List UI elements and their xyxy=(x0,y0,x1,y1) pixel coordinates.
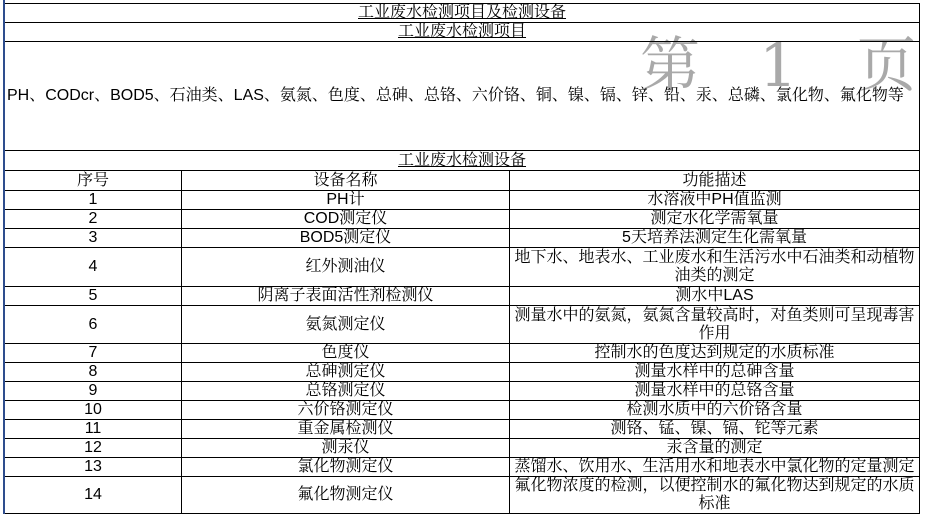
equipment-row: 5 阴离子表面活性剂检测仪 测水中LAS xyxy=(5,287,920,306)
equipment-desc-cell[interactable]: 测定水化学需氧量 xyxy=(510,210,920,229)
equipment-no-cell[interactable]: 9 xyxy=(5,382,182,401)
equipment-row: 9 总铬测定仪 测量水样中的总铬含量 xyxy=(5,382,920,401)
equipment-row: 14 氟化物测定仪 氟化物浓度的检测，以便控制水的氟化物达到规定的水质标准 xyxy=(5,477,920,514)
equipment-row: 11 重金属检测仪 测铬、锰、镍、镉、铊等元素 xyxy=(5,420,920,439)
page-boundary-line xyxy=(3,0,5,514)
equipment-row: 10 六价铬测定仪 检测水质中的六价铬含量 xyxy=(5,401,920,420)
equipment-desc-cell[interactable]: 测铬、锰、镍、镉、铊等元素 xyxy=(510,420,920,439)
equipment-no-cell[interactable]: 12 xyxy=(5,439,182,458)
equipment-row: 2 COD测定仪 测定水化学需氧量 xyxy=(5,210,920,229)
equipment-section-title-cell[interactable]: 工业废水检测设备 xyxy=(5,151,920,171)
equipment-no-cell[interactable]: 10 xyxy=(5,401,182,420)
equipment-name-cell[interactable]: BOD5测定仪 xyxy=(182,229,510,248)
main-title-row: 工业废水检测项目及检测设备 xyxy=(5,4,920,23)
equipment-desc-cell[interactable]: 蒸馏水、饮用水、生活用水和地表水中氯化物的定量测定 xyxy=(510,458,920,477)
wastewater-table: 工业废水检测项目及检测设备 工业废水检测项目 PH、CODcr、BOD5、石油类… xyxy=(4,3,920,514)
equipment-name-cell[interactable]: 重金属检测仪 xyxy=(182,420,510,439)
equipment-desc-cell[interactable]: 氟化物浓度的检测，以便控制水的氟化物达到规定的水质标准 xyxy=(510,477,920,514)
equipment-no-cell[interactable]: 5 xyxy=(5,287,182,306)
items-list-cell[interactable]: PH、CODcr、BOD5、石油类、LAS、氨氮、色度、总砷、总铬、六价铬、铜、… xyxy=(5,42,920,151)
equipment-name-cell[interactable]: 氯化物测定仪 xyxy=(182,458,510,477)
items-section-title-cell[interactable]: 工业废水检测项目 xyxy=(5,23,920,42)
equipment-no-cell[interactable]: 11 xyxy=(5,420,182,439)
equipment-no-cell[interactable]: 13 xyxy=(5,458,182,477)
equipment-header-row: 序号 设备名称 功能描述 xyxy=(5,171,920,191)
items-section-title-row: 工业废水检测项目 xyxy=(5,23,920,42)
equipment-no-cell[interactable]: 2 xyxy=(5,210,182,229)
equipment-name-cell[interactable]: 氨氮测定仪 xyxy=(182,306,510,344)
equipment-desc-cell[interactable]: 检测水质中的六价铬含量 xyxy=(510,401,920,420)
equipment-no-cell[interactable]: 14 xyxy=(5,477,182,514)
equipment-name-cell[interactable]: 测汞仪 xyxy=(182,439,510,458)
equipment-row: 8 总砷测定仪 测量水样中的总砷含量 xyxy=(5,363,920,382)
equipment-name-cell[interactable]: 色度仪 xyxy=(182,344,510,363)
items-list-row: PH、CODcr、BOD5、石油类、LAS、氨氮、色度、总砷、总铬、六价铬、铜、… xyxy=(5,42,920,151)
equipment-row: 12 测汞仪 汞含量的测定 xyxy=(5,439,920,458)
equipment-no-cell[interactable]: 3 xyxy=(5,229,182,248)
equipment-desc-cell[interactable]: 测水中LAS xyxy=(510,287,920,306)
spreadsheet-page: 第 1 页 工业废水检测项目及检测设备 工业废水检测项目 PH、CODcr、BO… xyxy=(0,0,925,514)
equipment-name-cell[interactable]: COD测定仪 xyxy=(182,210,510,229)
equipment-row: 1 PH计 水溶液中PH值监测 xyxy=(5,191,920,210)
equipment-desc-cell[interactable]: 水溶液中PH值监测 xyxy=(510,191,920,210)
equipment-row: 4 红外测油仪 地下水、地表水、工业废水和生活污水中石油类和动植物油类的测定 xyxy=(5,248,920,287)
column-header-name[interactable]: 设备名称 xyxy=(182,171,510,191)
equipment-row: 13 氯化物测定仪 蒸馏水、饮用水、生活用水和地表水中氯化物的定量测定 xyxy=(5,458,920,477)
equipment-name-cell[interactable]: 阴离子表面活性剂检测仪 xyxy=(182,287,510,306)
equipment-section-title-row: 工业废水检测设备 xyxy=(5,151,920,171)
equipment-name-cell[interactable]: PH计 xyxy=(182,191,510,210)
equipment-name-cell[interactable]: 总铬测定仪 xyxy=(182,382,510,401)
equipment-row: 7 色度仪 控制水的色度达到规定的水质标准 xyxy=(5,344,920,363)
equipment-no-cell[interactable]: 1 xyxy=(5,191,182,210)
equipment-desc-cell[interactable]: 测量水样中的总铬含量 xyxy=(510,382,920,401)
equipment-no-cell[interactable]: 4 xyxy=(5,248,182,287)
equipment-no-cell[interactable]: 8 xyxy=(5,363,182,382)
equipment-name-cell[interactable]: 总砷测定仪 xyxy=(182,363,510,382)
equipment-desc-cell[interactable]: 地下水、地表水、工业废水和生活污水中石油类和动植物油类的测定 xyxy=(510,248,920,287)
column-header-no[interactable]: 序号 xyxy=(5,171,182,191)
equipment-no-cell[interactable]: 7 xyxy=(5,344,182,363)
equipment-name-cell[interactable]: 六价铬测定仪 xyxy=(182,401,510,420)
equipment-name-cell[interactable]: 红外测油仪 xyxy=(182,248,510,287)
equipment-desc-cell[interactable]: 测量水中的氨氮，氨氮含量较高时，对鱼类则可呈现毒害作用 xyxy=(510,306,920,344)
column-header-desc[interactable]: 功能描述 xyxy=(510,171,920,191)
main-title-cell[interactable]: 工业废水检测项目及检测设备 xyxy=(5,4,920,23)
equipment-row: 6 氨氮测定仪 测量水中的氨氮，氨氮含量较高时，对鱼类则可呈现毒害作用 xyxy=(5,306,920,344)
equipment-row: 3 BOD5测定仪 5天培养法测定生化需氧量 xyxy=(5,229,920,248)
equipment-desc-cell[interactable]: 5天培养法测定生化需氧量 xyxy=(510,229,920,248)
equipment-desc-cell[interactable]: 测量水样中的总砷含量 xyxy=(510,363,920,382)
equipment-desc-cell[interactable]: 控制水的色度达到规定的水质标准 xyxy=(510,344,920,363)
equipment-desc-cell[interactable]: 汞含量的测定 xyxy=(510,439,920,458)
equipment-name-cell[interactable]: 氟化物测定仪 xyxy=(182,477,510,514)
equipment-no-cell[interactable]: 6 xyxy=(5,306,182,344)
